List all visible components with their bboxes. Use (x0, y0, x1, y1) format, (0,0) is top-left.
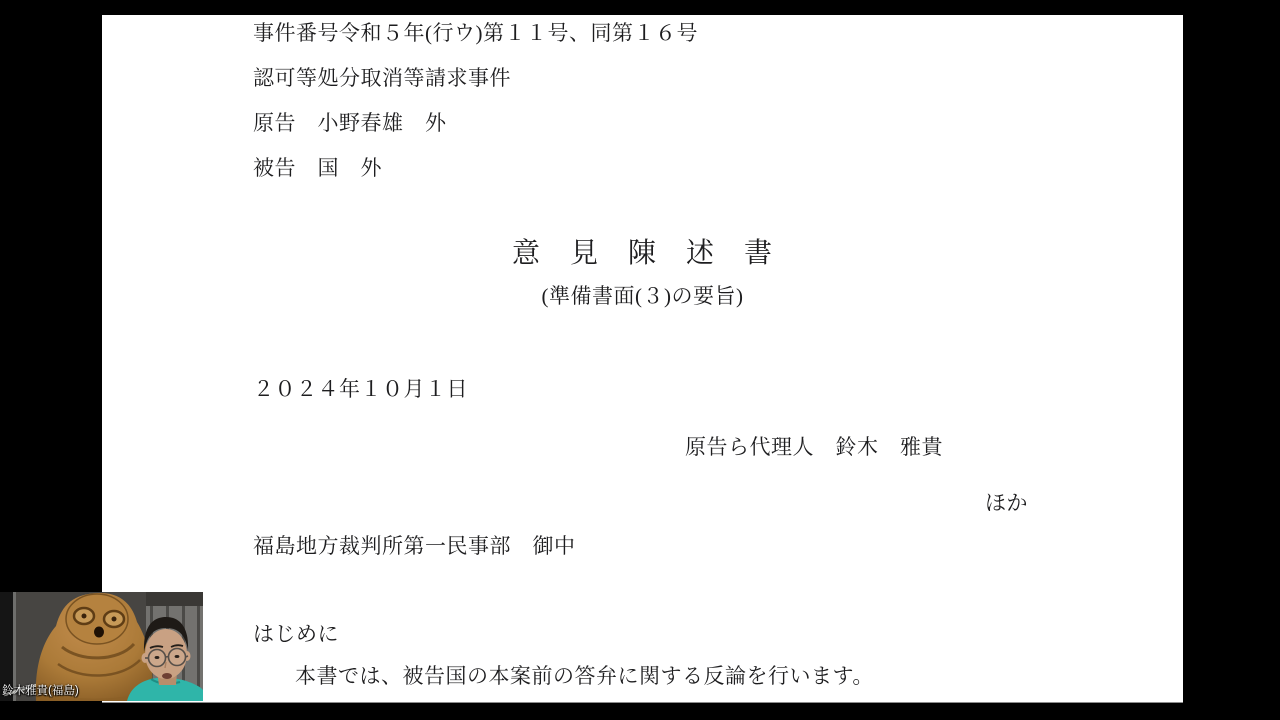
section-heading: はじめに (253, 622, 339, 646)
participant-name-label: 鈴木雅貴(福島) (2, 682, 79, 698)
mouth (162, 673, 172, 679)
shared-document: 事件番号令和５年(行ウ)第１１号、同第１６号 認可等処分取消等請求事件 原告 小… (102, 15, 1183, 703)
etal-line: ほか (985, 491, 1028, 515)
defendant-line: 被告 国 外 (253, 156, 382, 180)
case-number-line: 事件番号令和５年(行ウ)第１１号、同第１６号 (253, 21, 698, 45)
body-line: 本書では、被告国の本案前の答弁に関する反論を行います。 (295, 664, 874, 688)
document-date: ２０２４年１０月１日 (253, 377, 468, 401)
document-title: 意 見 陳 述 書 (102, 238, 1183, 270)
attorney-line: 原告ら代理人 鈴木 雅貴 (685, 435, 943, 459)
document-subtitle: (準備書面(３)の要旨) (102, 284, 1183, 308)
meeting-screen: 事件番号令和５年(行ウ)第１１号、同第１６号 認可等処分取消等請求事件 原告 小… (0, 0, 1280, 720)
case-name-line: 認可等処分取消等請求事件 (253, 66, 511, 90)
webcam-video-tile[interactable]: 鈴木雅貴(福島) (0, 592, 203, 701)
court-line: 福島地方裁判所第一民事部 御中 (253, 534, 576, 558)
statue-mouth (94, 627, 104, 638)
plaintiff-line: 原告 小野春雄 外 (253, 111, 447, 135)
